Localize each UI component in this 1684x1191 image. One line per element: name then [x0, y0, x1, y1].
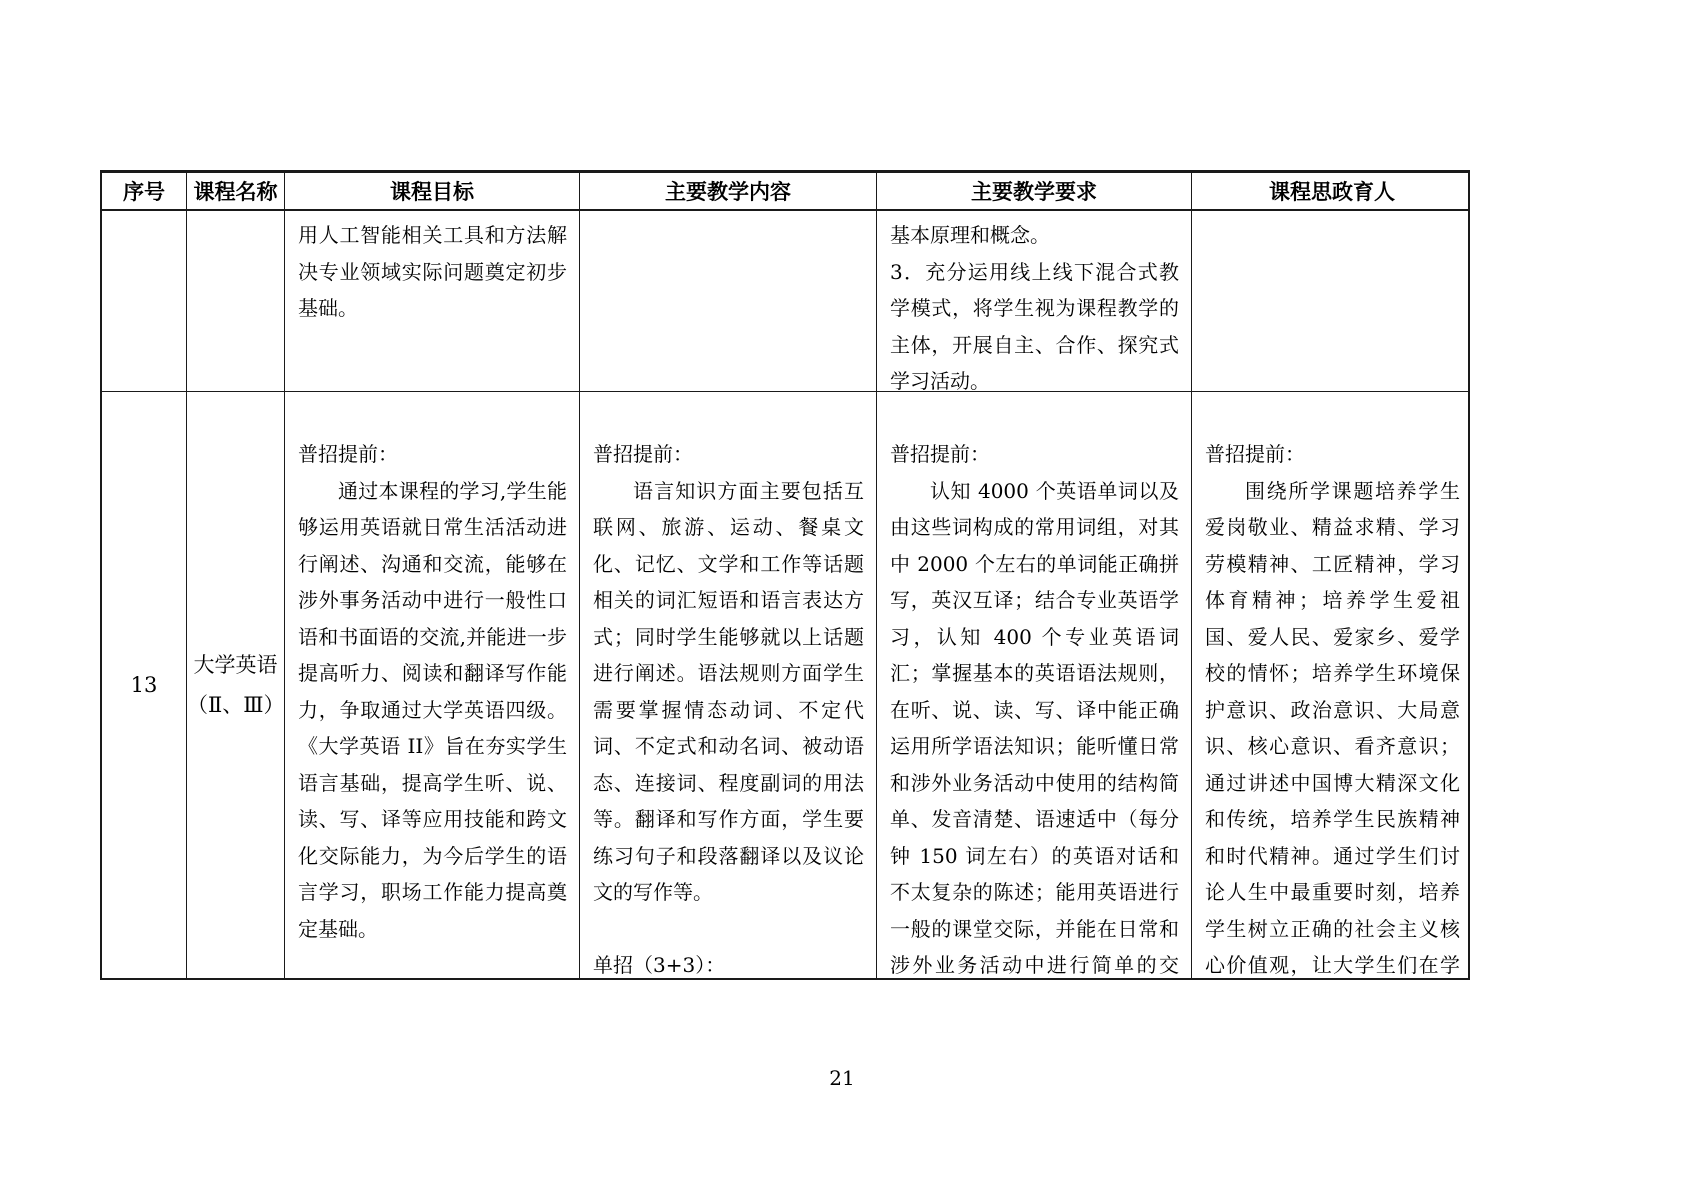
page-number: 21: [0, 1066, 1684, 1090]
document-page: 序号 课程名称 课程目标 主要教学内容 主要教学要求 课程思政育人 用人工智能相…: [0, 0, 1684, 1191]
seq-number: 13: [131, 665, 158, 705]
course-table: 序号 课程名称 课程目标 主要教学内容 主要教学要求 课程思政育人 用人工智能相…: [100, 170, 1470, 980]
table-row-continuation: 用人工智能相关工具和方法解决专业领域实际问题奠定初步基础。 基本原理和概念。 3…: [102, 211, 1468, 392]
paragraph: 通过本课程的学习,学生能够运用英语就日常生活活动进行阐述、沟通和交流，能够在涉外…: [298, 473, 567, 948]
paragraph: 普招提前：: [890, 436, 1179, 473]
course-name-cell: 大学英语 （Ⅱ、Ⅲ）: [187, 392, 285, 978]
paragraph: 3．充分运用线上线下混合式教学模式，将学生视为课程教学的主体，开展自主、合作、探…: [890, 254, 1179, 392]
paragraph: 语言知识方面主要包括互联网、旅游、运动、餐桌文化、记忆、文学和工作等话题相关的词…: [593, 473, 864, 911]
paragraph: 用人工智能相关工具和方法解决专业领域实际问题奠定初步基础。: [298, 217, 567, 327]
seq-cell: 13: [102, 392, 187, 978]
course-name-cell-empty: [187, 211, 285, 391]
header-cell-teaching-content: 主要教学内容: [580, 173, 877, 209]
header-cell-seq: 序号: [102, 173, 187, 209]
paragraph: 围绕所学课题培养学生爱岗敬业、精益求精、学习劳模精神、工匠精神，学习体育精神；培…: [1205, 473, 1460, 979]
ideology-cell-continuation: [1192, 211, 1472, 391]
course-name-line1: 大学英语: [194, 645, 278, 685]
paragraph: 普招提前：: [298, 436, 567, 473]
requirements-cell-continuation: 基本原理和概念。 3．充分运用线上线下混合式教学模式，将学生视为课程教学的主体，…: [877, 211, 1192, 391]
table-header-row: 序号 课程名称 课程目标 主要教学内容 主要教学要求 课程思政育人: [102, 173, 1468, 211]
header-cell-teaching-requirements: 主要教学要求: [877, 173, 1192, 209]
objectives-cell: 普招提前： 通过本课程的学习,学生能够运用英语就日常生活活动进行阐述、沟通和交流…: [285, 392, 580, 978]
paragraph: 普招提前：: [593, 436, 864, 473]
header-cell-ideology: 课程思政育人: [1192, 173, 1472, 209]
header-cell-course-name: 课程名称: [187, 173, 285, 209]
seq-cell-empty: [102, 211, 187, 391]
content-cell: 普招提前： 语言知识方面主要包括互联网、旅游、运动、餐桌文化、记忆、文学和工作等…: [580, 392, 877, 978]
paragraph: 单招（3+3）：: [593, 947, 864, 979]
ideology-cell: 普招提前： 围绕所学课题培养学生爱岗敬业、精益求精、学习劳模精神、工匠精神，学习…: [1192, 392, 1472, 978]
paragraph: 普招提前：: [1205, 436, 1460, 473]
requirements-cell: 普招提前： 认知 4000 个英语单词以及由这些词构成的常用词组，对其中 200…: [877, 392, 1192, 978]
table-row-course-13: 13 大学英语 （Ⅱ、Ⅲ） 普招提前： 通过本课程的学习,学生能够运用英语就日常…: [102, 392, 1468, 978]
header-cell-objectives: 课程目标: [285, 173, 580, 209]
paragraph: 认知 4000 个英语单词以及由这些词构成的常用词组，对其中 2000 个左右的…: [890, 473, 1179, 979]
content-cell-continuation: [580, 211, 877, 391]
course-name-line2: （Ⅱ、Ⅲ）: [187, 685, 284, 725]
paragraph: 基本原理和概念。: [890, 217, 1179, 254]
objectives-cell-continuation: 用人工智能相关工具和方法解决专业领域实际问题奠定初步基础。: [285, 211, 580, 391]
